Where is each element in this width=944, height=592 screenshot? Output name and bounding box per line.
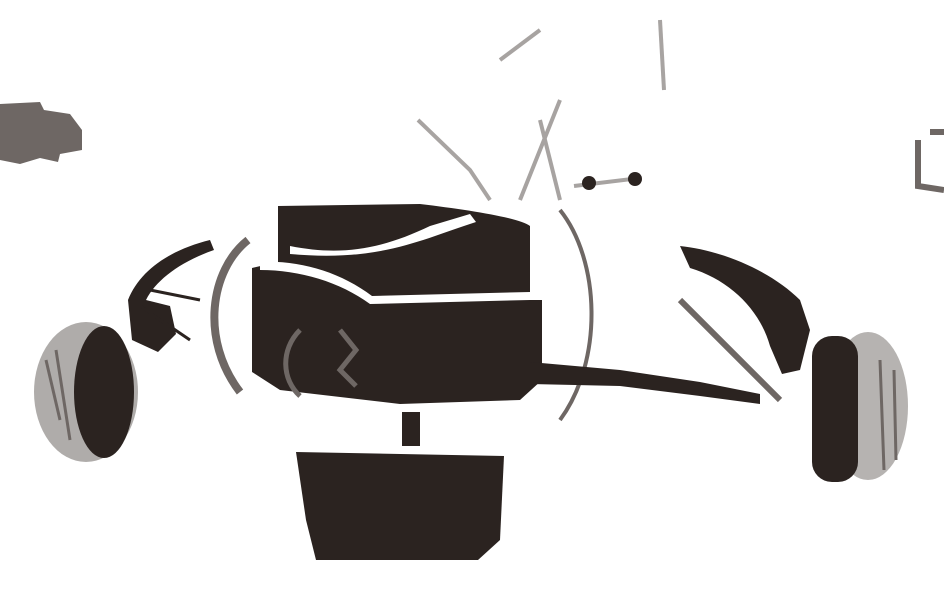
- lower-gap: [296, 440, 506, 452]
- vehicle-body: [252, 204, 542, 404]
- bolt-left: [582, 176, 596, 190]
- lower-bracket: [402, 412, 420, 446]
- bolt-right: [628, 172, 642, 186]
- front-left-wheel: [34, 322, 138, 462]
- vehicle-photo: [0, 0, 944, 592]
- front-right-wheel: [812, 332, 908, 482]
- lower-block: [296, 452, 504, 560]
